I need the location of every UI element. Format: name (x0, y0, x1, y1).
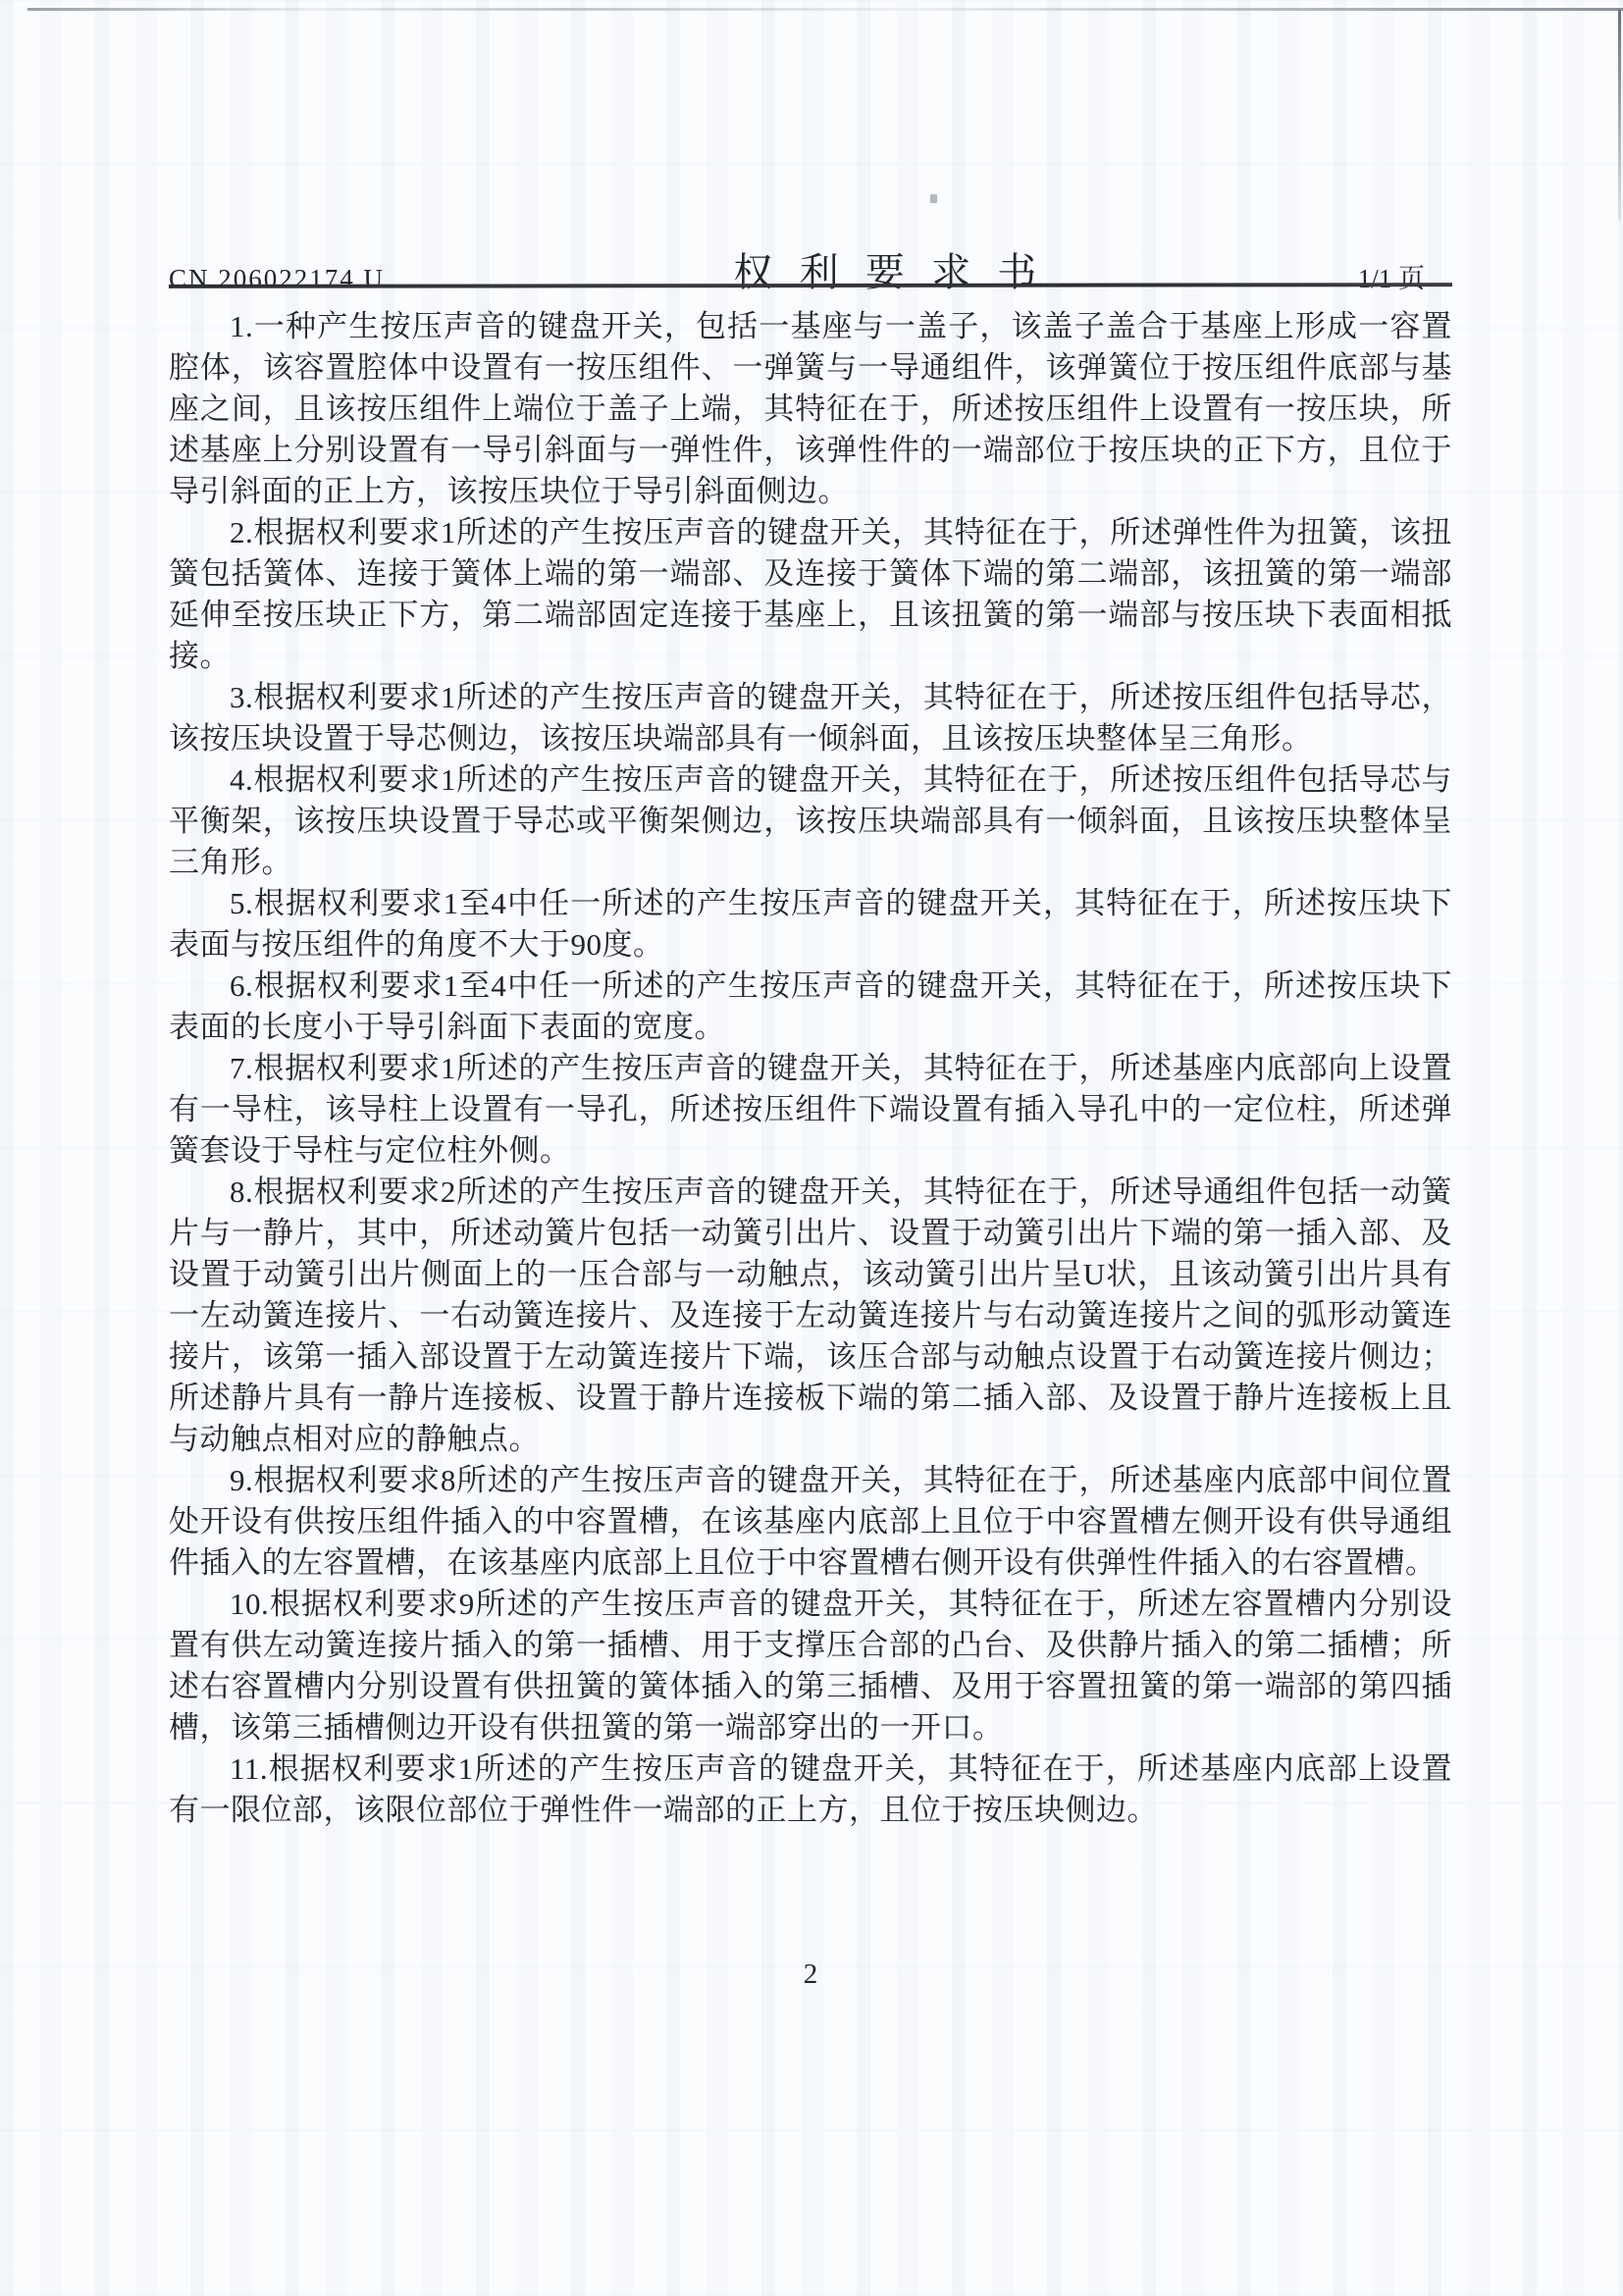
page-indicator: 1/1 页 (1358, 257, 1452, 295)
scan-right-edge-artifact (1618, 10, 1621, 221)
claim-8: 8.根据权利要求2所述的产生按压声音的键盘开关，其特征在于，所述导通组件包括一动… (169, 1172, 1452, 1460)
claim-11: 11.根据权利要求1所述的产生按压声音的键盘开关，其特征在于，所述基座内底部上设… (169, 1748, 1452, 1831)
scan-top-edge-artifact (27, 8, 1623, 11)
page-title: 权利要求书 (707, 241, 1063, 297)
claim-3: 3.根据权利要求1所述的产生按压声音的键盘开关，其特征在于，所述按压组件包括导芯… (169, 677, 1452, 759)
claim-1: 1.一种产生按压声音的键盘开关，包括一基座与一盖子，该盖子盖合于基座上形成一容置… (169, 306, 1452, 512)
claim-7: 7.根据权利要求1所述的产生按压声音的键盘开关，其特征在于，所述基座内底部向上设… (169, 1048, 1452, 1172)
claim-6: 6.根据权利要求1至4中任一所述的产生按压声音的键盘开关，其特征在于，所述按压块… (169, 965, 1452, 1048)
claim-5: 5.根据权利要求1至4中任一所述的产生按压声音的键盘开关，其特征在于，所述按压块… (169, 883, 1452, 965)
page-number: 2 (169, 1958, 1452, 1991)
claims-section: 1.一种产生按压声音的键盘开关，包括一基座与一盖子，该盖子盖合于基座上形成一容置… (169, 306, 1452, 1831)
publication-number: CN 206022174 U (169, 264, 385, 294)
document-header: CN 206022174 U 权利要求书 1/1 页 (169, 241, 1452, 297)
claim-4: 4.根据权利要求1所述的产生按压声音的键盘开关，其特征在于，所述按压组件包括导芯… (169, 759, 1452, 883)
claim-2: 2.根据权利要求1所述的产生按压声音的键盘开关，其特征在于，所述弹性件为扭簧，该… (169, 512, 1452, 677)
claim-9: 9.根据权利要求8所述的产生按压声音的键盘开关，其特征在于，所述基座内底部中间位… (169, 1460, 1452, 1584)
claim-10: 10.根据权利要求9所述的产生按压声音的键盘开关，其特征在于，所述左容置槽内分别… (169, 1584, 1452, 1748)
patent-claims-page: CN 206022174 U 权利要求书 1/1 页 1.一种产生按压声音的键盘… (0, 0, 1623, 2296)
scan-speck-artifact (930, 194, 937, 203)
